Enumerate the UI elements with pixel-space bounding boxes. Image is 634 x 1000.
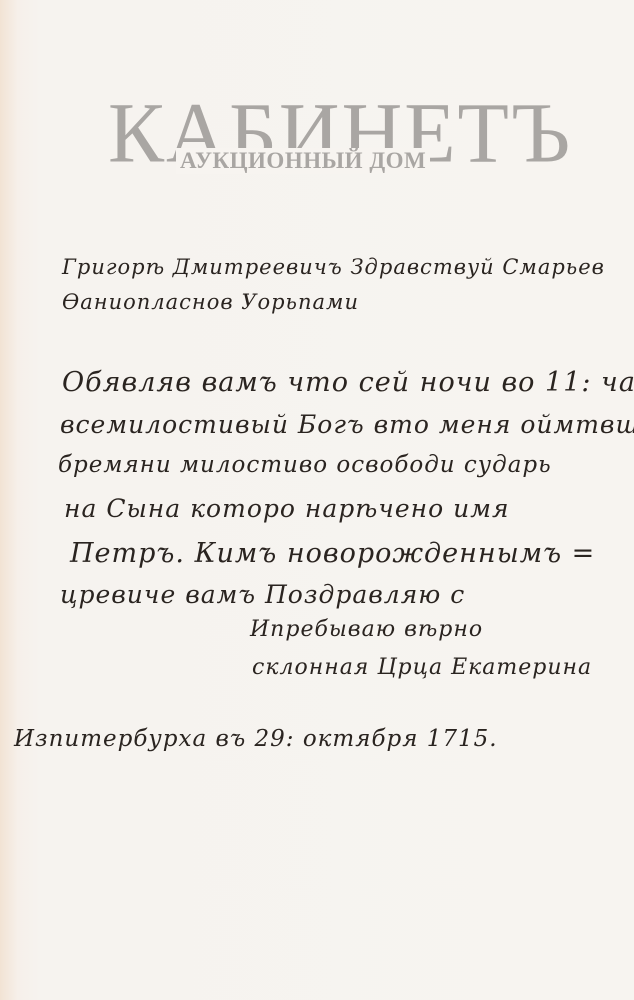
- watermark-subtitle: АУКЦИОННЫЙ ДОМ: [176, 148, 430, 174]
- letter-line: Обявляв вамъ что сей ночи во 11: час: [62, 367, 634, 398]
- letter-line: бремяни милостиво освободи сударь: [58, 452, 552, 478]
- manuscript-page: КАБИНЕТЪ АУКЦИОННЫЙ ДОМ Григорѣ Дмитреев…: [0, 0, 634, 1000]
- letter-line: всемилостивый Богъ вто меня оймтвша: [60, 410, 634, 439]
- letter-dateline: Изпитербурха въ 29: октября 1715.: [14, 726, 498, 752]
- letter-line-salutation-2: Ѳаниопласнов Уорьпами: [62, 290, 359, 314]
- letter-line: на Сына которо нарѣчено имя: [64, 494, 510, 523]
- letter-signature: склонная Црца Екатерина: [252, 655, 592, 680]
- letter-line: цревиче вамъ Поздравляю с: [60, 580, 465, 609]
- auction-house-watermark: КАБИНЕТЪ АУКЦИОННЫЙ ДОМ: [108, 92, 528, 202]
- letter-closing: Ипребываю вѣрно: [250, 617, 483, 642]
- letter-line: Петръ. Кимъ новорожденнымъ =: [70, 538, 595, 569]
- letter-line-salutation: Григорѣ Дмитреевичъ Здравствуй Смарьев: [62, 255, 605, 279]
